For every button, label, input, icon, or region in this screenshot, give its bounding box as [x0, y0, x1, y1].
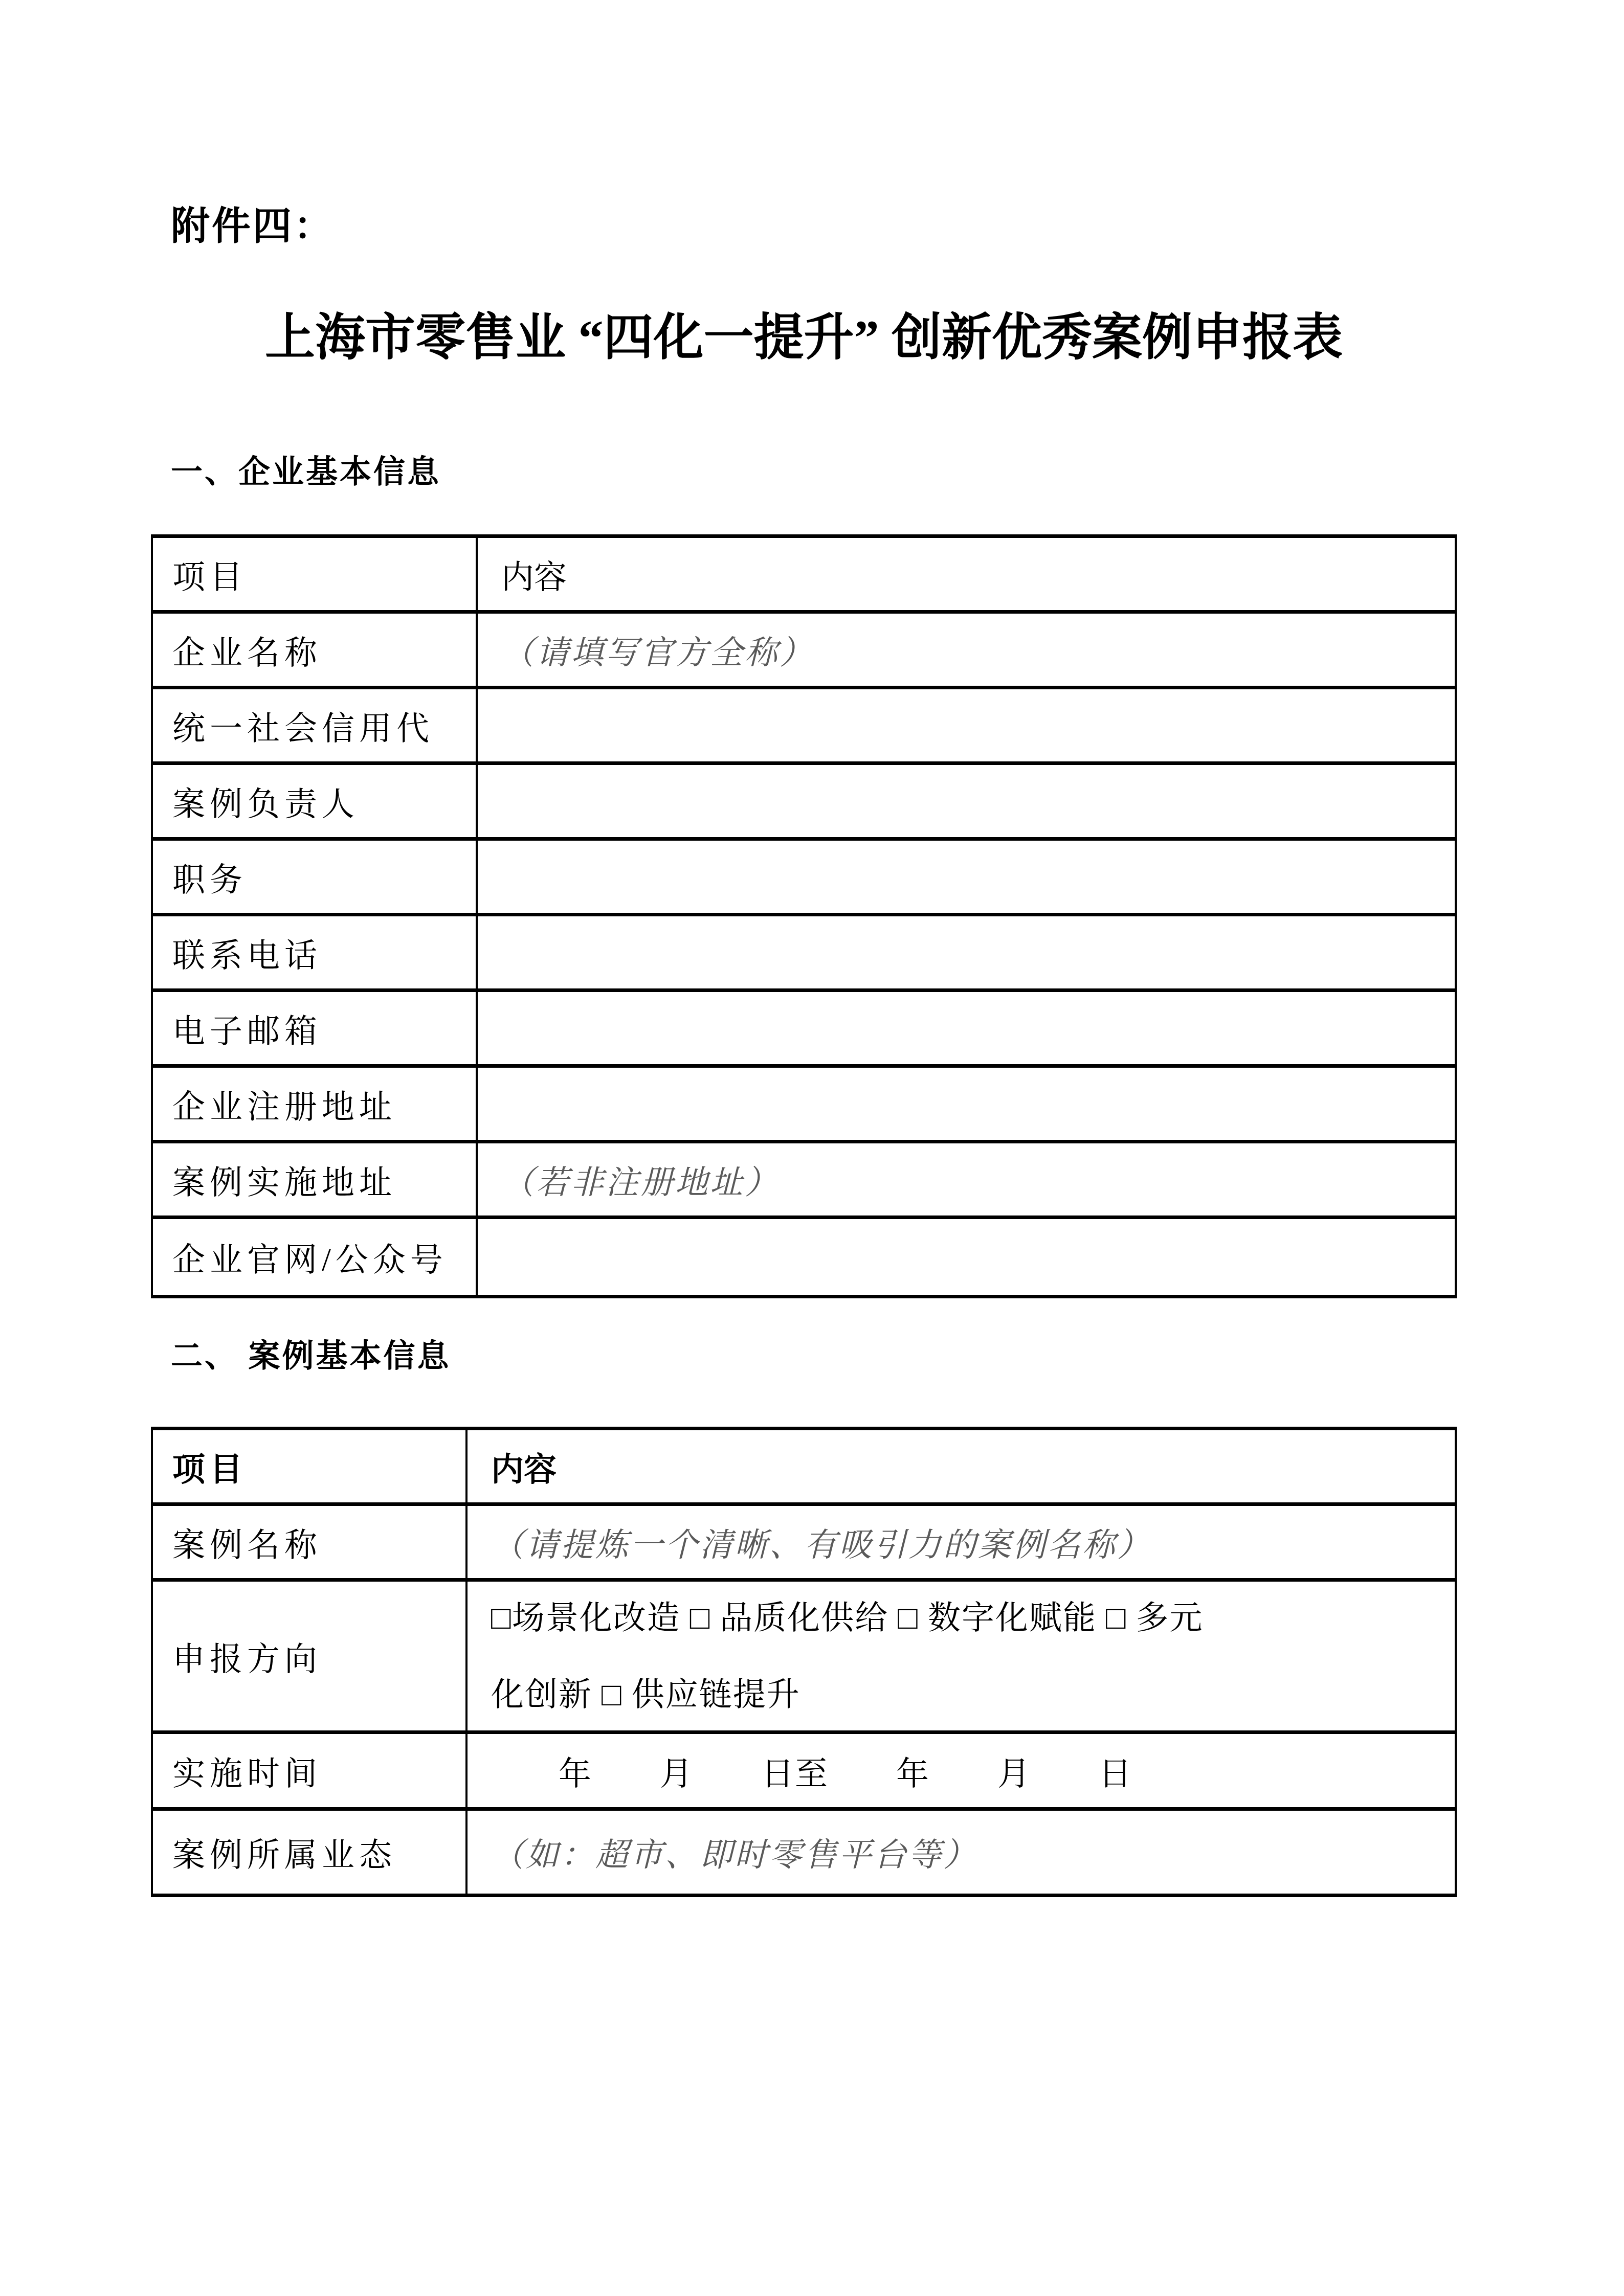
header-item-cell: 项目 — [153, 538, 478, 610]
row-label: 企业注册地址 — [153, 1068, 478, 1140]
document-page: 附件四： 上海市零售业 “四化一提升” 创新优秀案例申报表 一、企业基本信息 项… — [0, 0, 1624, 2296]
field-placeholder: （请填写官方全称） — [501, 626, 1455, 673]
phone-field[interactable] — [478, 916, 1455, 988]
row-label: 企业官网/公众号 — [153, 1219, 478, 1295]
table-row: 职务 — [153, 841, 1455, 916]
section2-heading: 二、 案例基本信息 — [171, 1341, 451, 1372]
field-placeholder: （请提炼一个清晰、有吸引力的案例名称） — [491, 1519, 1455, 1566]
checkbox-line[interactable]: 化创新 □ 供应链提升 — [491, 1656, 1455, 1731]
enterprise-info-table: 项目 内容 企业名称 （请填写官方全称） 统一社会信用代 案例负责人 职务 联系… — [151, 534, 1457, 1298]
credit-code-field[interactable] — [478, 689, 1455, 761]
business-format-field[interactable]: （如：超市、即时零售平台等） — [468, 1811, 1455, 1894]
table-row: 案例所属业态 （如：超市、即时零售平台等） — [153, 1811, 1455, 1894]
table-row: 案例名称 （请提炼一个清晰、有吸引力的案例名称） — [153, 1506, 1455, 1582]
table-row: 企业官网/公众号 — [153, 1219, 1455, 1295]
checkbox-line[interactable]: □场景化改造 □ 品质化供给 □ 数字化赋能 □ 多元 — [491, 1582, 1455, 1656]
table-row: 实施时间 年 月 日至 年 月 日 — [153, 1734, 1455, 1811]
document-title: 上海市零售业 “四化一提升” 创新优秀案例申报表 — [151, 311, 1457, 366]
table-header-row: 项目 内容 — [153, 1430, 1455, 1506]
field-placeholder: （如：超市、即时零售平台等） — [491, 1829, 1455, 1876]
row-label: 电子邮箱 — [153, 992, 478, 1064]
implementation-address-field[interactable]: （若非注册地址） — [478, 1143, 1455, 1215]
table-header-row: 项目 内容 — [153, 538, 1455, 614]
header-content-cell: 内容 — [468, 1430, 1455, 1502]
table-row: 案例负责人 — [153, 765, 1455, 841]
row-label: 联系电话 — [153, 916, 478, 988]
company-name-field[interactable]: （请填写官方全称） — [478, 614, 1455, 686]
row-label: 实施时间 — [153, 1734, 468, 1807]
row-label: 统一社会信用代 — [153, 689, 478, 761]
row-label: 案例所属业态 — [153, 1811, 468, 1894]
case-leader-field[interactable] — [478, 765, 1455, 837]
header-content-cell: 内容 — [478, 538, 1455, 610]
table-row: 统一社会信用代 — [153, 689, 1455, 765]
table-row: 企业注册地址 — [153, 1068, 1455, 1143]
header-item-cell: 项目 — [153, 1430, 468, 1502]
row-label: 企业名称 — [153, 614, 478, 686]
job-title-field[interactable] — [478, 841, 1455, 913]
table-row: 申报方向 □场景化改造 □ 品质化供给 □ 数字化赋能 □ 多元 化创新 □ 供… — [153, 1582, 1455, 1734]
field-placeholder: （若非注册地址） — [501, 1156, 1455, 1203]
attachment-label: 附件四： — [171, 207, 335, 246]
row-label: 案例实施地址 — [153, 1143, 478, 1215]
row-label: 申报方向 — [153, 1582, 468, 1730]
implementation-time-field[interactable]: 年 月 日至 年 月 日 — [468, 1734, 1455, 1807]
table-row: 联系电话 — [153, 916, 1455, 992]
row-label: 案例负责人 — [153, 765, 478, 837]
direction-checkbox-group[interactable]: □场景化改造 □ 品质化供给 □ 数字化赋能 □ 多元 化创新 □ 供应链提升 — [468, 1582, 1455, 1730]
case-name-field[interactable]: （请提炼一个清晰、有吸引力的案例名称） — [468, 1506, 1455, 1578]
table-row: 企业名称 （请填写官方全称） — [153, 614, 1455, 689]
website-field[interactable] — [478, 1219, 1455, 1295]
table-row: 案例实施地址 （若非注册地址） — [153, 1143, 1455, 1219]
email-field[interactable] — [478, 992, 1455, 1064]
row-label: 案例名称 — [153, 1506, 468, 1578]
table-row: 电子邮箱 — [153, 992, 1455, 1068]
section1-heading: 一、企业基本信息 — [171, 457, 441, 488]
registered-address-field[interactable] — [478, 1068, 1455, 1140]
row-label: 职务 — [153, 841, 478, 913]
case-info-table: 项目 内容 案例名称 （请提炼一个清晰、有吸引力的案例名称） 申报方向 □场景化… — [151, 1427, 1457, 1897]
